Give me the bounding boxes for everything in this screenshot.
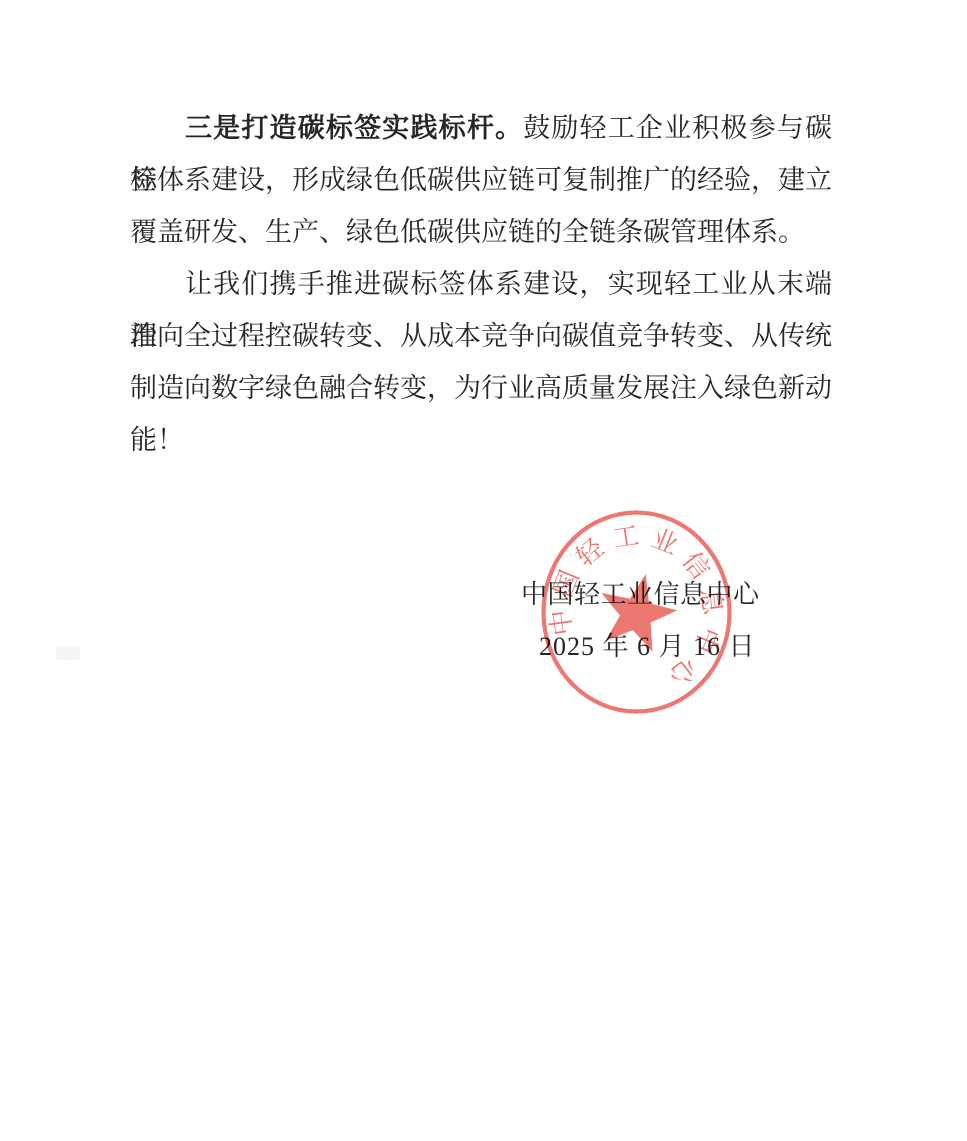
official-seal: 中 国 轻 工 业 信 息 中 心 [533, 506, 740, 718]
text-line-4: 让我们携手推进碳标签体系建设，实现轻工业从末端治 [130, 258, 832, 310]
text-line-5-content: 理向全过程控碳转变、从成本竞争向碳值竞争转变、从传统 [130, 321, 832, 351]
seal-ring-char-4: 工 [611, 521, 641, 553]
star-icon [591, 565, 684, 655]
document-page: 三是打造碳标签实践标杆。鼓励轻工企业积极参与碳标 签体系建设，形成绿色低碳供应链… [0, 0, 967, 1141]
text-line-7-content: 能！ [130, 425, 184, 455]
text-line-7: 能！ [130, 414, 832, 466]
text-line-6: 制造向数字绿色融合转变，为行业高质量发展注入绿色新动 [130, 362, 832, 414]
text-line-6-content: 制造向数字绿色融合转变，为行业高质量发展注入绿色新动 [130, 373, 832, 403]
text-line-2: 签体系建设，形成绿色低碳供应链可复制推广的经验，建立 [130, 154, 832, 206]
bold-lead-text: 三是打造碳标签实践标杆。 [185, 113, 523, 143]
text-line-3-content: 覆盖研发、生产、绿色低碳供应链的全链条碳管理体系。 [130, 217, 805, 247]
text-line-1: 三是打造碳标签实践标杆。鼓励轻工企业积极参与碳标 [130, 102, 832, 154]
scan-smudge-mark [56, 646, 80, 660]
seal-ring-char-5: 业 [647, 524, 682, 561]
seal-ring-char-1: 中 [546, 608, 578, 638]
text-line-5: 理向全过程控碳转变、从成本竞争向碳值竞争转变、从传统 [130, 310, 832, 362]
seal-ring-char-7: 息 [695, 587, 727, 618]
text-line-2-content: 签体系建设，形成绿色低碳供应链可复制推广的经验，建立 [130, 165, 832, 195]
body-text: 三是打造碳标签实践标杆。鼓励轻工企业积极参与碳标 签体系建设，形成绿色低碳供应链… [130, 102, 832, 466]
text-line-3: 覆盖研发、生产、绿色低碳供应链的全链条碳管理体系。 [130, 206, 832, 258]
